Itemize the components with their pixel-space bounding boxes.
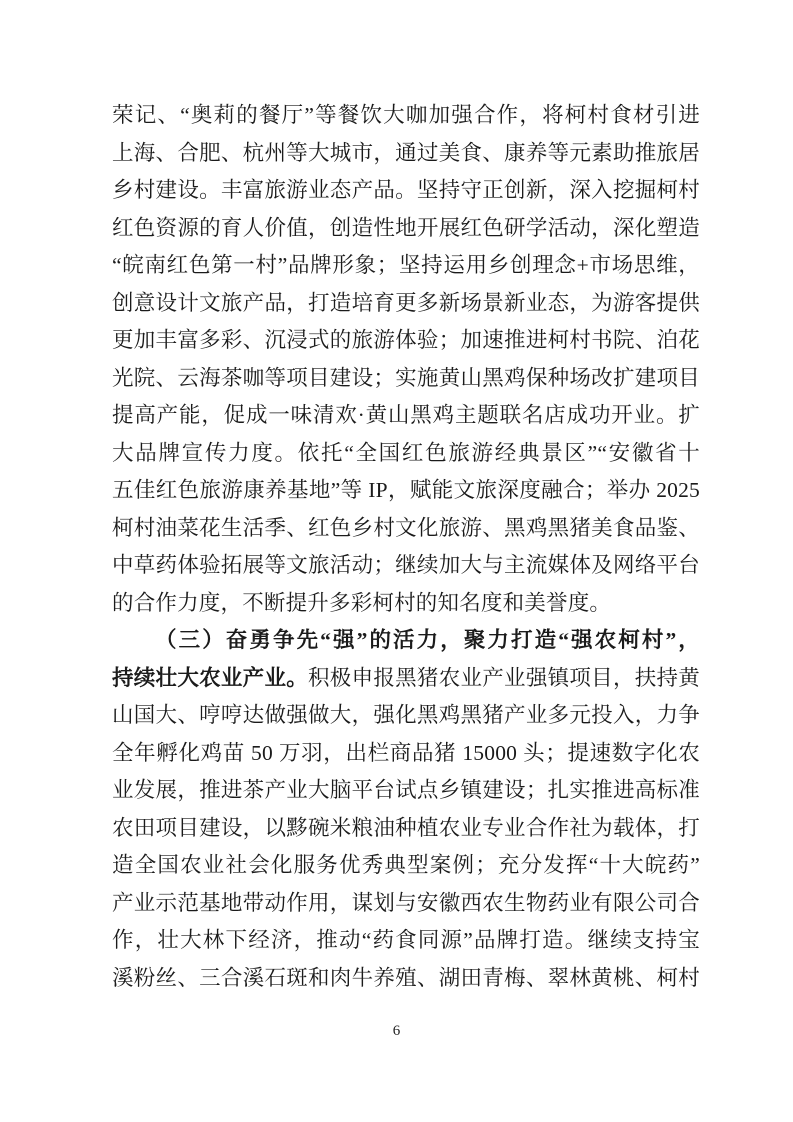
text-line: 持续壮大农业产业。积极申报黑猪农业产业强镇项目，扶持黄 [112,660,700,698]
text-line: 业发展，推进茶产业大脑平台试点乡镇建设；扎实推进高标准 [112,772,700,810]
text-line: 农田项目建设，以黟碗米粮油种植农业专业合作社为载体，打 [112,810,700,848]
text-segment: 造全国农业社会化服务优秀典型案例；充分发挥“十大皖药” [112,853,700,877]
text-line: 中草药体验拓展等文旅活动；继续加大与主流媒体及网络平台 [112,547,700,585]
text-segment: 光院、云海茶咖等项目建设；实施黄山黑鸡保种场改扩建项目 [112,366,700,390]
text-segment: 创意设计文旅产品，打造培育更多新场景新业态，为游客提供 [112,291,700,315]
text-segment: 上海、合肥、杭州等大城市，通过美食、康养等元素助推旅居 [112,141,700,165]
text-line: 光院、云海茶咖等项目建设；实施黄山黑鸡保种场改扩建项目 [112,360,700,398]
text-line: 柯村油菜花生活季、红色乡村文化旅游、黑鸡黑猪美食品鉴、 [112,510,700,548]
text-line: （三）奋勇争先“强”的活力，聚力打造“强农柯村”， [112,622,700,660]
text-segment: 红色资源的育人价值，创造性地开展红色研学活动，深化塑造 [112,216,700,240]
text-segment: 的合作力度，不断提升多彩柯村的知名度和美誉度。 [112,591,611,615]
text-line: 作，壮大林下经济，推动“药食同源”品牌打造。继续支持宝 [112,922,700,960]
text-segment: 五佳红色旅游康养基地”等 IP，赋能文旅深度融合；举办 2025 [112,478,700,502]
text-line: 山国大、哼哼达做强做大，强化黑鸡黑猪产业多元投入，力争 [112,697,700,735]
text-line: 的合作力度，不断提升多彩柯村的知名度和美誉度。 [112,585,700,623]
text-segment: 作，壮大林下经济，推动“药食同源”品牌打造。继续支持宝 [112,928,700,952]
text-line: 更加丰富多彩、沉浸式的旅游体验；加速推进柯村书院、泊花 [112,322,700,360]
text-segment: 业发展，推进茶产业大脑平台试点乡镇建设；扎实推进高标准 [112,778,700,802]
text-segment: 全年孵化鸡苗 50 万羽，出栏商品猪 15000 头；提速数字化农 [112,741,700,765]
text-line: 五佳红色旅游康养基地”等 IP，赋能文旅深度融合；举办 2025 [112,472,700,510]
text-line: 溪粉丝、三合溪石斑和肉牛养殖、湖田青梅、翠林黄桃、柯村 [112,960,700,998]
text-line: 提高产能，促成一味清欢·黄山黑鸡主题联名店成功开业。扩 [112,397,700,435]
document-body: 荣记、“奥莉的餐厅”等餐饮大咖加强合作，将柯村食材引进上海、合肥、杭州等大城市，… [112,97,700,997]
text-line: 荣记、“奥莉的餐厅”等餐饮大咖加强合作，将柯村食材引进 [112,97,700,135]
emphasis-text-segment: 持续壮大农业产业。 [112,666,308,690]
text-line: 大品牌宣传力度。依托“全国红色旅游经典景区”“安徽省十 [112,435,700,473]
text-segment: 柯村油菜花生活季、红色乡村文化旅游、黑鸡黑猪美食品鉴、 [112,516,700,540]
text-segment: 中草药体验拓展等文旅活动；继续加大与主流媒体及网络平台 [112,553,700,577]
text-line: 红色资源的育人价值，创造性地开展红色研学活动，深化塑造 [112,210,700,248]
text-line: 产业示范基地带动作用，谋划与安徽西农生物药业有限公司合 [112,885,700,923]
text-segment: 大品牌宣传力度。依托“全国红色旅游经典景区”“安徽省十 [112,441,700,465]
text-line: 全年孵化鸡苗 50 万羽，出栏商品猪 15000 头；提速数字化农 [112,735,700,773]
text-line: 上海、合肥、杭州等大城市，通过美食、康养等元素助推旅居 [112,135,700,173]
document-page: 荣记、“奥莉的餐厅”等餐饮大咖加强合作，将柯村食材引进上海、合肥、杭州等大城市，… [0,0,793,1122]
emphasis-text-segment: （三）奋勇争先“强”的活力，聚力打造“强农柯村”， [155,628,700,652]
text-line: 造全国农业社会化服务优秀典型案例；充分发挥“十大皖药” [112,847,700,885]
text-line: 乡村建设。丰富旅游业态产品。坚持守正创新，深入挖掘柯村 [112,172,700,210]
text-segment: “皖南红色第一村”品牌形象；坚持运用乡创理念+市场思维， [112,253,700,277]
text-segment: 更加丰富多彩、沉浸式的旅游体验；加速推进柯村书院、泊花 [112,328,700,352]
text-segment: 农田项目建设，以黟碗米粮油种植农业专业合作社为载体，打 [112,816,700,840]
text-segment: 乡村建设。丰富旅游业态产品。坚持守正创新，深入挖掘柯村 [112,178,700,202]
text-segment: 山国大、哼哼达做强做大，强化黑鸡黑猪产业多元投入，力争 [112,703,700,727]
text-segment: 产业示范基地带动作用，谋划与安徽西农生物药业有限公司合 [112,891,700,915]
page-number: 6 [0,1021,793,1041]
text-segment: 积极申报黑猪农业产业强镇项目，扶持黄 [308,666,700,690]
text-segment: 提高产能，促成一味清欢·黄山黑鸡主题联名店成功开业。扩 [112,403,700,427]
text-line: “皖南红色第一村”品牌形象；坚持运用乡创理念+市场思维， [112,247,700,285]
text-segment: 溪粉丝、三合溪石斑和肉牛养殖、湖田青梅、翠林黄桃、柯村 [112,966,700,990]
text-segment: 荣记、“奥莉的餐厅”等餐饮大咖加强合作，将柯村食材引进 [112,103,700,127]
text-line: 创意设计文旅产品，打造培育更多新场景新业态，为游客提供 [112,285,700,323]
